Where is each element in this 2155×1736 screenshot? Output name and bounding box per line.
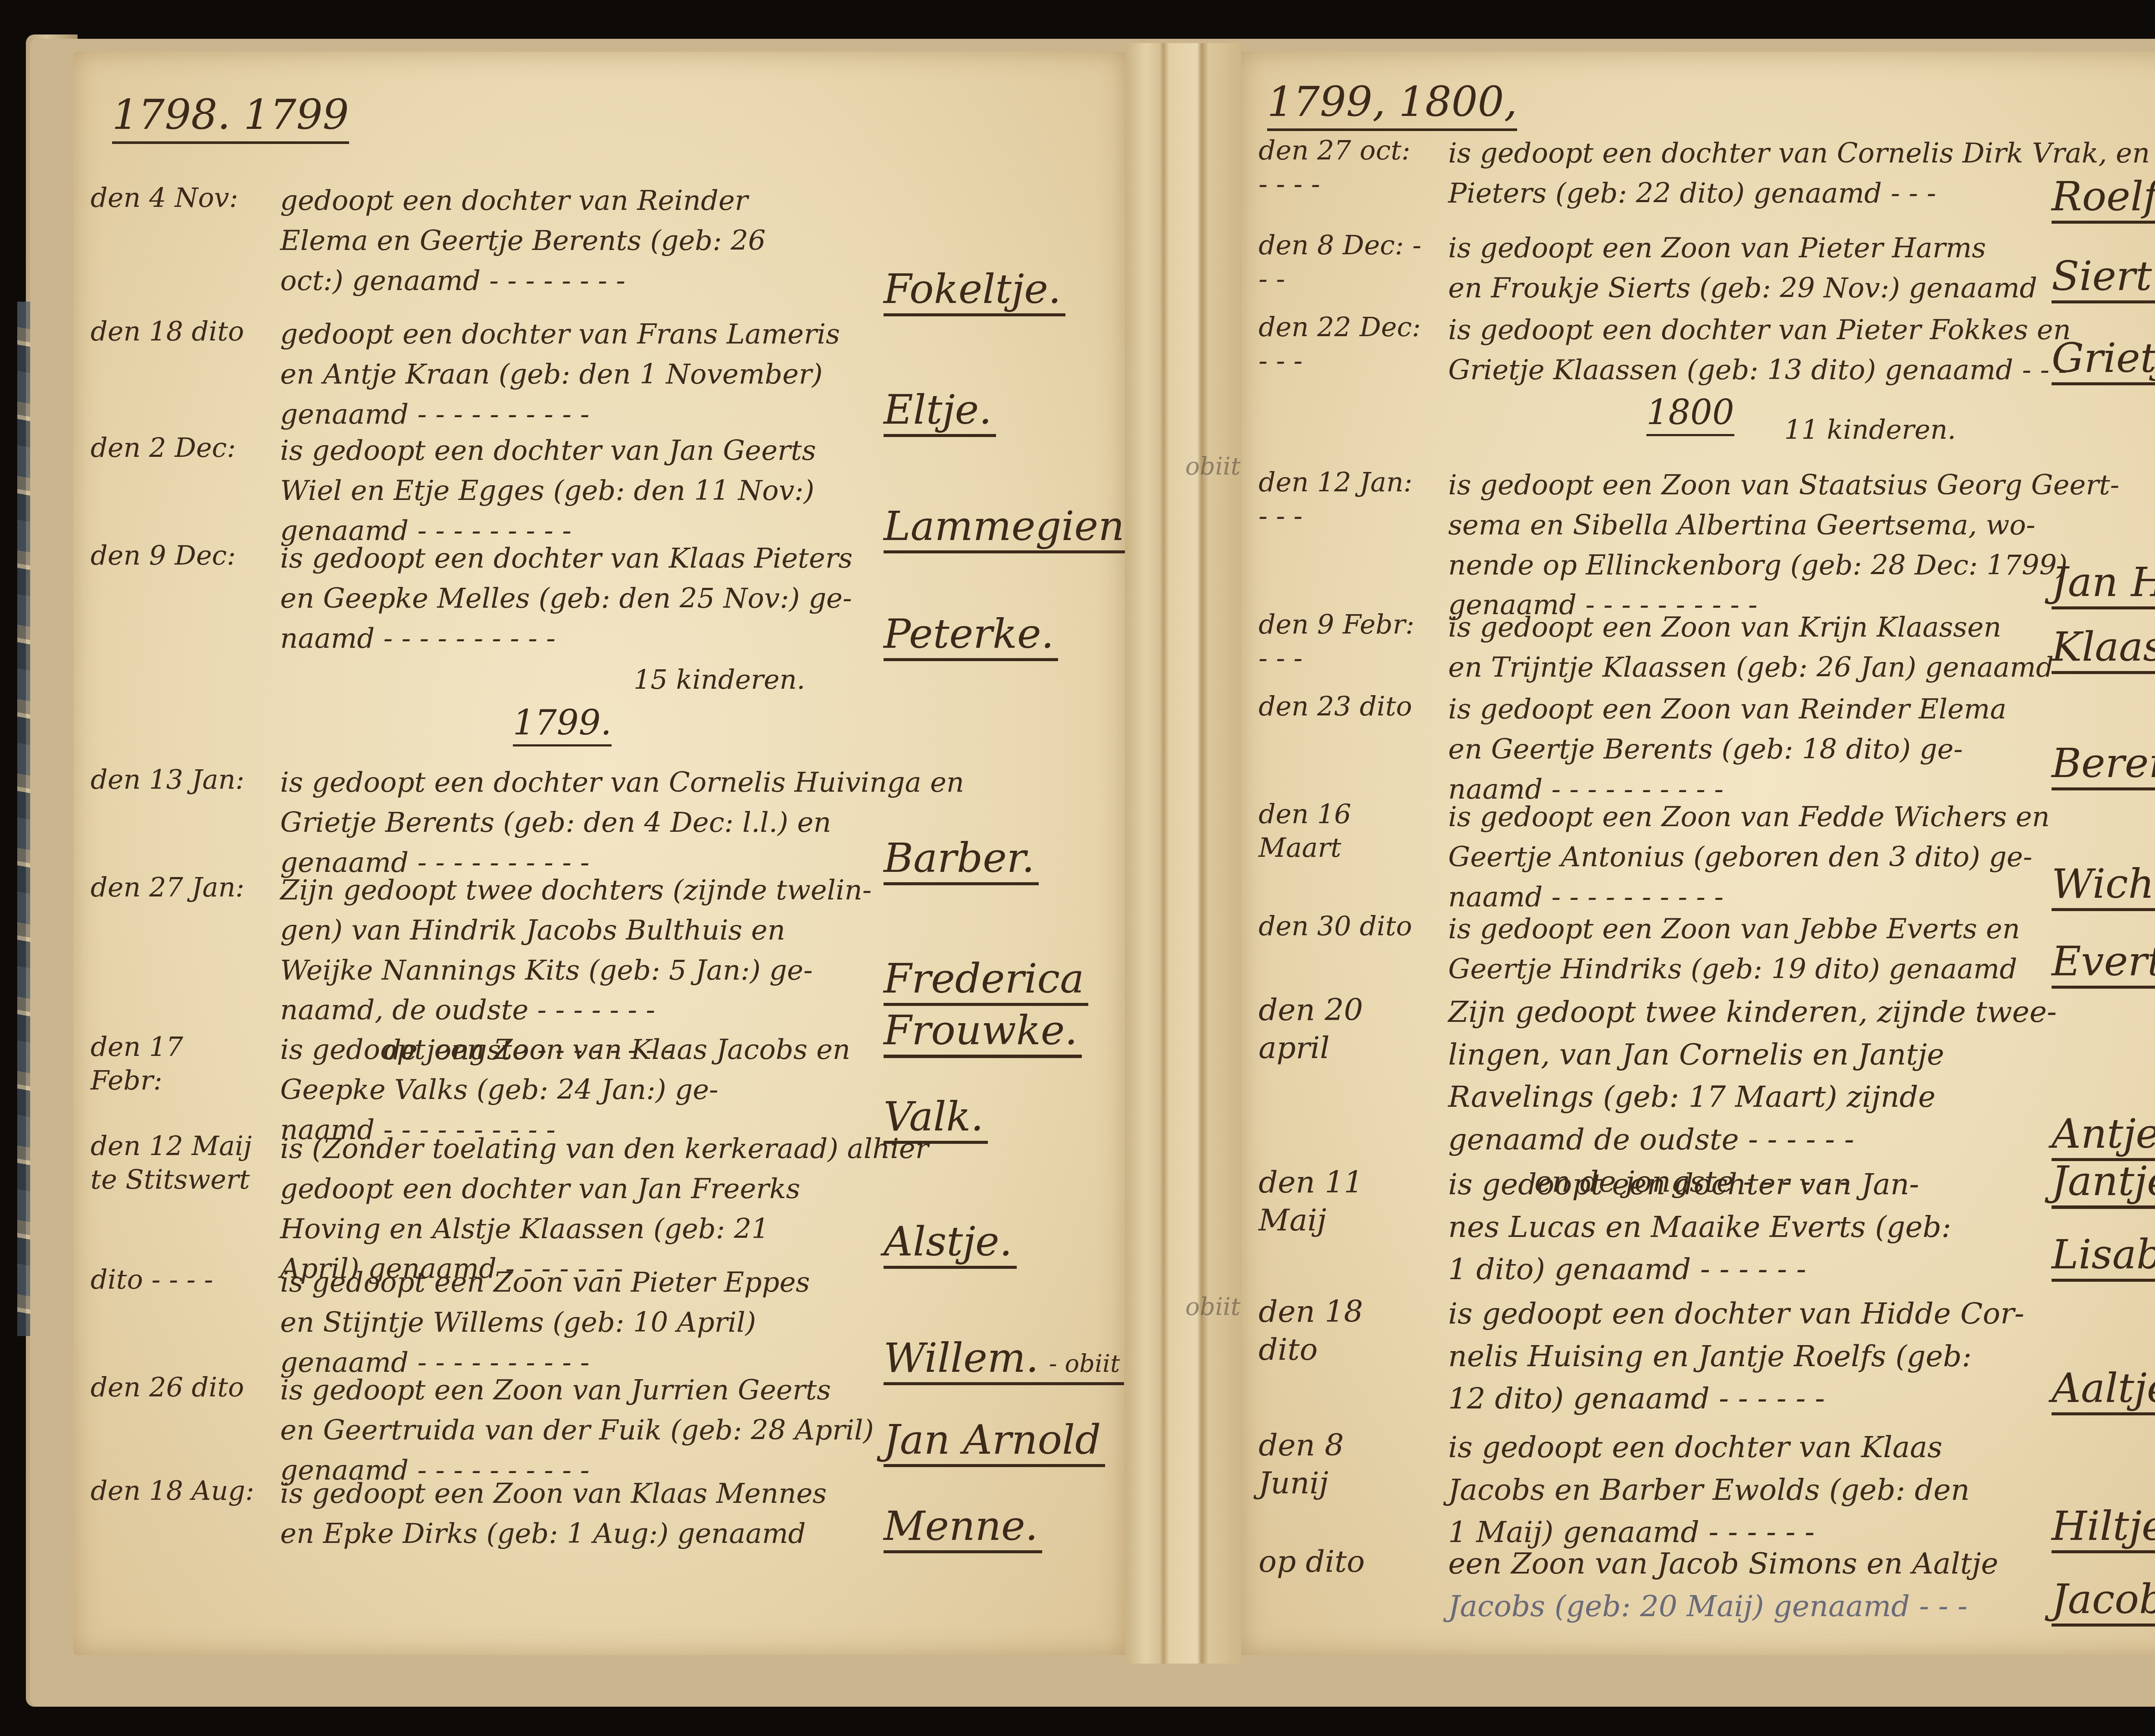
entry-date: den 17 Febr: bbox=[91, 1030, 254, 1097]
entry-line: Weijke Nannings Kits (geb: 5 Jan:) ge- bbox=[280, 951, 866, 991]
entry-text: is gedoopt een dochter van Klaas Pieters… bbox=[280, 539, 866, 659]
entry-text: is gedoopt een dochter van Hidde Cor- ne… bbox=[1448, 1293, 2034, 1421]
child-name: Fokeltje. bbox=[884, 267, 1065, 316]
child-name: Klaas. bbox=[2052, 625, 2155, 674]
child-name: Eltje. bbox=[884, 388, 996, 437]
year-heading: 1799, 1800, bbox=[1267, 78, 1517, 131]
entry-text: is gedoopt een dochter van Cornelis Dirk… bbox=[1448, 134, 2155, 214]
obiit-note: - obiit bbox=[1049, 1350, 1120, 1378]
child-name: Lisabeth.obiit bbox=[2052, 1233, 2155, 1282]
entry-line: Geepke Valks (geb: 24 Jan:) ge- bbox=[280, 1070, 866, 1110]
entry-text: gedoopt een dochter van Frans Lameris en… bbox=[280, 315, 866, 434]
entry-line: is gedoopt een dochter van Hidde Cor- bbox=[1448, 1293, 2034, 1336]
child-name-text: Lisabeth. bbox=[2052, 1231, 2155, 1278]
entry-text: gedoopt een dochter van Reinder Elema en… bbox=[280, 181, 866, 301]
entry-line: is gedoopt een Zoon van Jebbe Everts en bbox=[1448, 909, 2034, 949]
entry-line: is gedoopt een dochter van Klaas bbox=[1448, 1427, 2034, 1469]
entry-date: den 8 Junij bbox=[1259, 1427, 1422, 1502]
entry-date: den 20 april bbox=[1259, 991, 1422, 1067]
entry-line: en Trijntje Klaassen (geb: 26 Jan) genaa… bbox=[1448, 648, 2034, 688]
entry-date: den 27 oct: - - - - bbox=[1259, 134, 1422, 200]
entry-line: Geertje Antonius (geboren den 3 dito) ge… bbox=[1448, 837, 2034, 877]
entry-date: den 18 dito bbox=[1259, 1293, 1422, 1368]
entry-line: Ravelings (geb: 17 Maart) zijnde bbox=[1448, 1076, 2034, 1119]
entry-line: naamd, de oudste - - - - - - - bbox=[280, 990, 866, 1030]
entry-line: gedoopt een dochter van Jan Freerks bbox=[280, 1169, 866, 1209]
entry-date: den 11 Maij bbox=[1259, 1164, 1422, 1239]
entry-line: Jacobs (geb: 20 Maij) genaamd - - - bbox=[1448, 1586, 2034, 1628]
entry-text: is gedoopt een Zoon van Krijn Klaassen e… bbox=[1448, 608, 2034, 688]
year-heading: 1798. 1799 bbox=[112, 91, 349, 144]
entry-text: is gedoopt een Zoon van Fedde Wichers en… bbox=[1448, 797, 2034, 917]
entry-line: gedoopt een dochter van Frans Lameris bbox=[280, 315, 866, 355]
entry-text: is gedoopt een Zoon van Pieter Eppes en … bbox=[280, 1263, 866, 1383]
child-name: Frouwke. bbox=[884, 1009, 1082, 1058]
entry-line: en Geepke Melles (geb: den 25 Nov:) ge- bbox=[280, 579, 866, 619]
entry-line: gedoopt een dochter van Reinder bbox=[280, 181, 866, 221]
entry-text: is gedoopt een Zoon van Jebbe Everts en … bbox=[1448, 909, 2034, 990]
entry-text: is gedoopt een dochter van Pieter Fokkes… bbox=[1448, 310, 2034, 390]
entry-line: Zijn gedoopt twee dochters (zijnde tweli… bbox=[280, 871, 866, 911]
child-name: Siert. bbox=[2052, 254, 2155, 303]
entry-line: oct:) genaamd - - - - - - - - bbox=[280, 261, 866, 301]
entry-date: den 4 Nov: bbox=[91, 181, 254, 215]
entry-line: nende op Ellinckenborg (geb: 28 Dec: 179… bbox=[1448, 546, 2034, 586]
entry-line: 12 dito) genaamd - - - - - - bbox=[1448, 1378, 2034, 1421]
child-name: Wicher. bbox=[2052, 862, 2155, 911]
left-page: 1798. 1799 den 4 Nov: gedoopt een dochte… bbox=[73, 52, 1125, 1655]
entry-text: is gedoopt een Zoon van Pieter Harms en … bbox=[1448, 228, 2034, 309]
child-name-text: Lammegien. bbox=[884, 503, 1137, 550]
entry-line: is gedoopt een dochter van Pieter Fokkes… bbox=[1448, 310, 2034, 350]
child-name: Peterke. bbox=[884, 612, 1058, 661]
entry-date: den 13 Jan: bbox=[91, 763, 254, 796]
entry-text: is gedoopt een dochter van Jan- nes Luca… bbox=[1448, 1164, 2034, 1291]
entry-text: is gedoopt een Zoon van Reinder Elema en… bbox=[1448, 690, 2034, 809]
entry-line: nelis Huising en Jantje Roelfs (geb: bbox=[1448, 1336, 2034, 1378]
entry-date: op dito bbox=[1259, 1543, 1422, 1581]
entry-line: is gedoopt een dochter van Cornelis Dirk… bbox=[1448, 134, 2155, 174]
entry-line: nes Lucas en Maaike Everts (geb: bbox=[1448, 1206, 2034, 1249]
entry-line: is gedoopt een Zoon van Krijn Klaassen bbox=[1448, 608, 2034, 648]
entry-text: is gedoopt een Zoon van Jurrien Geerts e… bbox=[280, 1371, 866, 1490]
entry-date: den 2 Dec: bbox=[91, 431, 254, 465]
entry-text: is gedoopt een dochter van Klaas Jacobs … bbox=[1448, 1427, 2034, 1554]
entry-date: den 12 Maij te Stitswert bbox=[91, 1129, 254, 1196]
entry-date: den 18 Aug: bbox=[91, 1474, 254, 1508]
entry-line: is gedoopt een Zoon van Fedde Wichers en bbox=[1448, 797, 2034, 837]
child-name: Grietje. bbox=[2052, 336, 2155, 385]
bleed-through-mark: obiit bbox=[1185, 453, 1240, 481]
child-name: Jantje bbox=[2052, 1159, 2155, 1209]
entry-text: is gedoopt een Zoon van Staatsius Georg … bbox=[1448, 465, 2034, 625]
entry-line: is gedoopt een Zoon van Staatsius Georg … bbox=[1448, 465, 2034, 506]
entry-line: Geertje Hindriks (geb: 19 dito) genaamd bbox=[1448, 949, 2034, 990]
entry-date: dito - - - - bbox=[91, 1263, 254, 1296]
entry-line: Pieters (geb: 22 dito) genaamd - - - bbox=[1448, 174, 2155, 214]
entry-line: en Epke Dirks (geb: 1 Aug:) genaamd bbox=[280, 1514, 866, 1554]
child-name: Jan Arnold bbox=[884, 1418, 1105, 1467]
entry-line: een Zoon van Jacob Simons en Aaltje bbox=[1448, 1543, 2034, 1586]
entry-date: den 16 Maart bbox=[1259, 797, 1422, 864]
child-name: Willem.- obiit bbox=[884, 1336, 1124, 1385]
entry-line: en Geertje Berents (geb: 18 dito) ge- bbox=[1448, 730, 2034, 770]
child-name: Berent. bbox=[2052, 741, 2155, 790]
entry-line: en Antje Kraan (geb: den 1 November) bbox=[280, 355, 866, 395]
entry-text: is gedoopt een dochter van Cornelis Huiv… bbox=[280, 763, 866, 883]
entry-date: den 27 Jan: bbox=[91, 871, 254, 904]
entry-date: den 9 Febr: - - - bbox=[1259, 608, 1422, 674]
year-total: 15 kinderen. bbox=[634, 664, 805, 695]
entry-line: naamd - - - - - - - - - - bbox=[280, 619, 866, 659]
entry-date: den 12 Jan: - - - bbox=[1259, 465, 1422, 532]
entry-date: den 23 dito bbox=[1259, 690, 1422, 723]
entry-line: Grietje Berents (geb: den 4 Dec: l.l.) e… bbox=[280, 803, 866, 843]
entry-line: en Froukje Sierts (geb: 29 Nov:) genaamd bbox=[1448, 269, 2034, 309]
entry-line: is gedoopt een Zoon van Pieter Eppes bbox=[280, 1263, 866, 1303]
entry-line: Grietje Klaassen (geb: 13 dito) genaamd … bbox=[1448, 350, 2034, 390]
entry-date: den 22 Dec: - - - bbox=[1259, 310, 1422, 377]
entry-line: is gedoopt een Zoon van Klaas Mennes bbox=[280, 1474, 866, 1514]
child-name: Jan Harrens. bbox=[2052, 560, 2155, 609]
entry-line: is (Zonder toelating van den kerkeraad) … bbox=[280, 1129, 866, 1169]
entry-line: en Geertruida van der Fuik (geb: 28 Apri… bbox=[280, 1411, 866, 1451]
entry-line: gen) van Hindrik Jacobs Bulthuis en bbox=[280, 911, 866, 951]
child-name: Jacob. bbox=[2052, 1577, 2155, 1627]
entry-line: is gedoopt een dochter van Jan- bbox=[1448, 1164, 2034, 1206]
bleed-through-mark: obiit bbox=[1185, 1293, 1240, 1321]
child-name: Hiltje. bbox=[2052, 1504, 2155, 1553]
entry-date: den 30 dito bbox=[1259, 909, 1422, 943]
entry-line: sema en Sibella Albertina Geertsema, wo- bbox=[1448, 506, 2034, 546]
sub-year-heading: 1799. bbox=[513, 703, 612, 746]
entry-date: den 8 Dec: - - - bbox=[1259, 228, 1422, 295]
entry-line: 1 dito) genaamd - - - - - - bbox=[1448, 1249, 2034, 1291]
child-name-text: Willem. bbox=[884, 1335, 1039, 1382]
entry-date: den 9 Dec: bbox=[91, 539, 254, 572]
entry-line: is gedoopt een dochter van Cornelis Huiv… bbox=[280, 763, 866, 803]
child-name: Antje. bbox=[2052, 1112, 2155, 1161]
child-name: Frederica bbox=[884, 957, 1088, 1006]
right-page: 1799, 1800, 28 den 27 oct: - - - - is ge… bbox=[1241, 52, 2155, 1655]
entry-line: genaamd de oudste - - - - - - bbox=[1448, 1119, 2034, 1161]
entry-line: is gedoopt een Zoon van Klaas Jacobs en bbox=[280, 1030, 866, 1070]
child-name: Menne. bbox=[884, 1504, 1042, 1553]
entry-line: genaamd - - - - - - - - - - bbox=[280, 395, 866, 435]
child-name: Aaltje bbox=[2052, 1366, 2155, 1415]
entry-line: Elema en Geertje Berents (geb: 26 bbox=[280, 221, 866, 261]
entry-date: den 26 dito bbox=[91, 1371, 254, 1404]
entry-line: Hoving en Alstje Klaassen (geb: 21 bbox=[280, 1209, 866, 1249]
entry-line: en Stijntje Willems (geb: 10 April) bbox=[280, 1303, 866, 1343]
entry-line: Zijn gedoopt twee kinderen, zijnde twee- bbox=[1448, 991, 2034, 1034]
child-name: Roelfke. bbox=[2052, 175, 2155, 224]
entry-line: is gedoopt een dochter van Klaas Pieters bbox=[280, 539, 866, 579]
child-name: Barber. bbox=[884, 836, 1039, 885]
entry-line: lingen, van Jan Cornelis en Jantje bbox=[1448, 1034, 2034, 1077]
year-total: 11 kinderen. bbox=[1784, 414, 1956, 445]
book-gutter: obiit obiit bbox=[1125, 43, 1241, 1664]
entry-line: is gedoopt een Zoon van Jurrien Geerts bbox=[280, 1371, 866, 1411]
entry-text: een Zoon van Jacob Simons en Aaltje Jaco… bbox=[1448, 1543, 2034, 1628]
entry-line: Wiel en Etje Egges (geb: den 11 Nov:) bbox=[280, 471, 866, 511]
child-name: Alstje. bbox=[884, 1220, 1017, 1269]
entry-line: is gedoopt een Zoon van Reinder Elema bbox=[1448, 690, 2034, 730]
child-name: Evert. bbox=[2052, 940, 2155, 989]
entry-text: is gedoopt een dochter van Jan Geerts Wi… bbox=[280, 431, 866, 551]
entry-date: den 18 dito bbox=[91, 315, 254, 348]
entry-line: is gedoopt een dochter van Jan Geerts bbox=[280, 431, 866, 471]
entry-line: is gedoopt een Zoon van Pieter Harms bbox=[1448, 228, 2034, 269]
entry-line: Jacobs en Barber Ewolds (geb: den bbox=[1448, 1469, 2034, 1512]
sub-year-heading: 1800 bbox=[1646, 392, 1734, 436]
entry-text: is gedoopt een Zoon van Klaas Mennes en … bbox=[280, 1474, 866, 1554]
